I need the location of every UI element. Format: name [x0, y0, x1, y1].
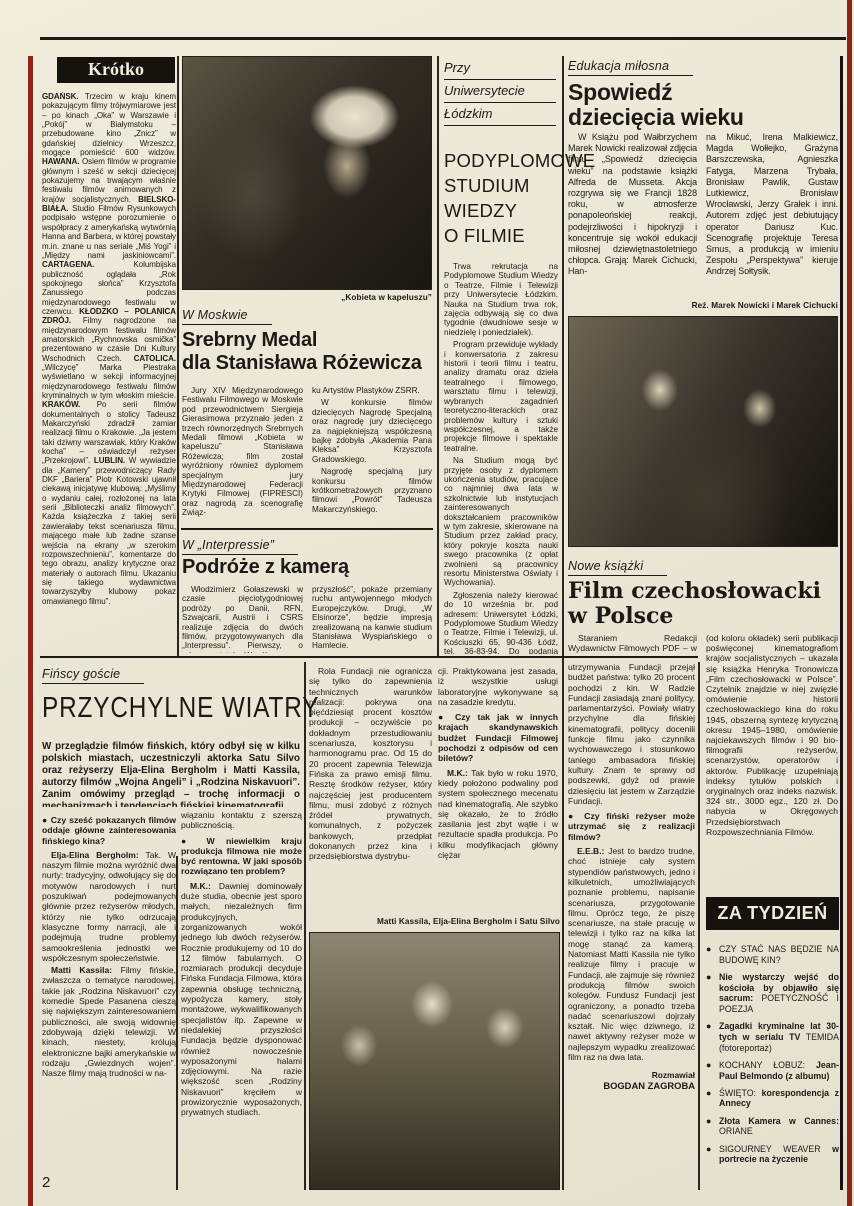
article-column: W Książu pod Wałbrzychem Marek Nowicki r… — [568, 132, 697, 298]
paragraph: Program przewiduje wykłady i konwersator… — [444, 340, 558, 453]
za-tydzien-list: ●CZY STAĆ NAS BĘDZIE NA BUDOWĘ KIN? ●Nie… — [706, 944, 839, 1190]
headline-line: PODYPLOMOWE — [444, 148, 564, 173]
headline-line: WIEDZY — [444, 198, 564, 223]
item-text: ORIANE — [719, 1126, 753, 1136]
headline-line: Srebrny Medal — [182, 329, 434, 352]
column-rule — [698, 662, 700, 1190]
krotko-text: „Wilczycę” Marka Piestraka wyświetlano w… — [42, 363, 176, 400]
headline-spowiedz: Spowiedź dziecięcia wieku — [568, 80, 838, 130]
interview-answer: E.E.B.: Jest to bardzo trudne, choć istn… — [568, 846, 695, 1062]
krotko-city: GDAŃSK. — [42, 92, 79, 101]
paragraph: Trwa rekrutacja na Podyplomowe Studium W… — [444, 262, 558, 337]
kicker-edukacja-milosna: Edukacja miłosna — [568, 59, 693, 76]
list-item: ●Nie wystarczy wejść do kościoła by obja… — [706, 972, 839, 1015]
krotko-header-box: Krótko — [57, 57, 175, 83]
item-text: CZY STAĆ NAS BĘDZIE NA BUDOWĘ KIN? — [719, 944, 839, 965]
headline-film-czechoslowacki: Film czechosłowacki w Polsce — [568, 579, 840, 629]
paragraph: (od koloru okładek) serii publikacji poś… — [706, 633, 838, 837]
kicker-przy-uniwersytecie: Przy Uniwersytecie Łódzkim — [444, 57, 556, 126]
interview-question: ● Czy tak jak w innych krajach skandynaw… — [438, 712, 558, 763]
list-item: ●KOCHANY ŁOBUZ: Jean-Paul Belmondo (z al… — [706, 1060, 839, 1081]
interview-column: cji. Praktykowana jest zasada, iż wszyst… — [438, 666, 558, 884]
paragraph: przyszłość”, pokaże przemiany ruchu anty… — [312, 585, 432, 651]
interview-column: utrzymywania Fundacji przejął budżet pań… — [568, 662, 695, 1162]
headline-line: dziecięcia wieku — [568, 105, 838, 130]
left-red-margin-bar — [28, 56, 33, 1206]
bullet-icon: ● — [706, 1060, 711, 1071]
article-column: ku Artystów Plastyków ZSRR. W konkursie … — [312, 386, 432, 526]
section-rule — [181, 528, 433, 530]
speaker-name: M.K.: — [190, 881, 211, 891]
bullet-icon: ● — [706, 1021, 711, 1032]
answer-text: Tak było w roku 1970, kiedy położono pod… — [438, 768, 558, 860]
krotko-body: GDAŃSK. Trzecim w kraju kinem pokazujący… — [42, 92, 176, 652]
article-column: Jury XIV Międzynarodowego Festiwalu Film… — [182, 386, 303, 526]
bullet-icon: ● — [706, 1144, 711, 1155]
paragraph: Na Studium mogą być przyjęte osoby z dyp… — [444, 456, 558, 588]
article-column: Staraniem Redakcji Wydawnictw Filmowych … — [568, 633, 697, 655]
paragraph: W konkursie filmów dziecięcych Nagrodę S… — [312, 398, 432, 464]
kicker-line: Przy — [444, 57, 556, 80]
interview-question: ● Czy sześć pokazanych filmów oddaje głó… — [42, 815, 176, 846]
krotko-text: Trzecim w kraju kinem pokazującym filmy … — [42, 92, 176, 157]
paragraph: W Książu pod Wałbrzychem Marek Nowicki r… — [568, 132, 697, 278]
list-item: ●Złota Kamera w Cannes: ORIANE — [706, 1116, 839, 1137]
headline-line: Spowiedź — [568, 80, 838, 105]
interview-answer: M.K.: Dawniej dominowały duże studia, ob… — [181, 881, 302, 1118]
article-column: Trwa rekrutacja na Podyplomowe Studium W… — [444, 262, 558, 654]
column-rule — [177, 56, 179, 656]
item-text: SIGOURNEY WEAVER — [719, 1144, 832, 1154]
photo-nowicki-cichucki — [568, 316, 838, 547]
bullet-icon: ● — [706, 1088, 711, 1099]
speaker-name: M.K.: — [447, 768, 468, 778]
right-black-rule — [840, 56, 843, 1190]
speaker-name: E.E.B.: — [577, 846, 604, 856]
interview-answer: Matti Kassila: Filmy fińskie, zwłaszcza … — [42, 965, 176, 1078]
article-column: Włodzimierz Gołaszewski w czasie pięciot… — [182, 585, 303, 653]
za-tydzien-title: ZA TYDZIEŃ — [717, 903, 827, 923]
krotko-city: KRAKÓW. — [42, 400, 80, 409]
article-column: na Mikuć, Irena Malkiewicz, Magda Wołłej… — [706, 132, 838, 298]
krotko-city: HAWANA. — [42, 157, 79, 166]
right-red-margin-bar — [847, 0, 852, 1206]
krotko-city: LUBLIN. — [94, 456, 125, 465]
speaker-name: Matti Kassila: — [51, 965, 112, 975]
kicker-w-moskwie: W Moskwie — [182, 308, 272, 325]
photo-kassila-bergholm-silvo — [309, 932, 560, 1190]
kicker-finscy-goscie: Fińscy goście — [42, 667, 144, 684]
list-item: ●Zagadki kryminalne lat 30-tych w serial… — [706, 1021, 839, 1053]
za-tydzien-header-box: ZA TYDZIEŃ — [706, 897, 839, 930]
headline-przychylne-wiatry: PRZYCHYLNE WIATRY — [42, 692, 319, 725]
paragraph: Zgłoszenia należy kierować do 10 wrześni… — [444, 591, 558, 654]
kicker-nowe-ksiazki: Nowe książki — [568, 559, 667, 576]
item-text: ŚWIĘTO: — [719, 1088, 762, 1098]
page-number: 2 — [42, 1174, 50, 1191]
krotko-text: W wywiadzie dla „Kamery” przewodniczący … — [42, 456, 176, 605]
speaker-name: Elja-Elina Bergholm: — [51, 850, 139, 860]
paragraph: utrzymywania Fundacji przejął budżet pań… — [568, 662, 695, 806]
headline-srebrny-medal: Srebrny Medal dla Stanisława Różewicza — [182, 329, 434, 375]
top-rule — [40, 37, 846, 40]
headline-line: w Polsce — [568, 604, 840, 629]
paragraph: Jury XIV Międzynarodowego Festiwalu Film… — [182, 386, 303, 518]
newspaper-page: Krótko GDAŃSK. Trzecim w kraju kinem pok… — [0, 0, 854, 1206]
answer-text: Tak. W naszym filmie można wyróżnić dwa … — [42, 850, 176, 963]
headline-podroze-z-kamera: Podróże z kamerą — [182, 556, 434, 579]
headline-line: O FILMIE — [444, 223, 564, 248]
paragraph: na Mikuć, Irena Malkiewicz, Magda Wołłej… — [706, 132, 838, 278]
headline-podyplomowe-studium: PODYPLOMOWE STUDIUM WIEDZY O FILMIE — [444, 148, 564, 248]
article-column: (od koloru okładek) serii publikacji poś… — [706, 633, 838, 887]
interview-column: Rola Fundacji nie ogranicza się tylko do… — [309, 666, 432, 884]
section-rule — [40, 656, 698, 658]
headline-line: STUDIUM — [444, 173, 564, 198]
interview-byline-name: BOGDAN ZAGROBA — [568, 1081, 695, 1091]
answer-text: Dawniej dominowały duże studia, obecnie … — [181, 881, 302, 1118]
interview-question: ● Czy fiński reżyser może utrzymać się z… — [568, 811, 695, 842]
paragraph: Nagrodę specjalną jury konkursu filmów k… — [312, 467, 432, 514]
column-rule — [176, 856, 178, 1190]
answer-text: Filmy fińskie, zwłaszcza o tematyce naro… — [42, 965, 176, 1078]
item-text-bold: Złota Kamera w Cannes: — [719, 1116, 839, 1126]
paragraph: Włodzimierz Gołaszewski w czasie pięciot… — [182, 585, 303, 653]
interview-column: ● Czy sześć pokazanych filmów oddaje głó… — [42, 810, 176, 1190]
interview-answer: M.K.: Tak było w roku 1970, kiedy położo… — [438, 768, 558, 861]
column-rule — [304, 662, 306, 1190]
bullet-icon: ● — [706, 1116, 711, 1127]
interview-question: ● W niewielkim kraju produkcja filmowa n… — [181, 836, 302, 877]
interview-column: wiązaniu kontaktu z szerszą publiczności… — [181, 810, 302, 1190]
krotko-city: CATOLICA. — [134, 354, 176, 363]
column-rule — [437, 56, 439, 656]
krotko-title: Krótko — [88, 59, 144, 79]
kicker-line: Łódzkim — [444, 103, 556, 126]
item-text: KOCHANY ŁOBUZ: — [719, 1060, 816, 1070]
article-column: przyszłość”, pokaże przemiany ruchu anty… — [312, 585, 432, 653]
bullet-icon: ● — [706, 972, 711, 983]
kicker-line: Uniwersytecie — [444, 80, 556, 103]
photo-caption: Reż. Marek Nowicki i Marek Cichucki — [568, 301, 838, 310]
paragraph: ku Artystów Plastyków ZSRR. — [312, 386, 432, 395]
list-item: ●CZY STAĆ NAS BĘDZIE NA BUDOWĘ KIN? — [706, 944, 839, 965]
krotko-city: CARTAGENA. — [42, 260, 94, 269]
paragraph: Rola Fundacji nie ogranicza się tylko do… — [309, 666, 432, 862]
headline-line: dla Stanisława Różewicza — [182, 352, 434, 375]
list-item: ●ŚWIĘTO: korespondencja z Annecy — [706, 1088, 839, 1109]
paragraph: cji. Praktykowana jest zasada, iż wszyst… — [438, 666, 558, 707]
photo-kobieta-w-kapeluszu — [182, 56, 432, 290]
interview-intro: W przeglądzie filmów fińskich, który odb… — [42, 741, 300, 807]
paragraph: wiązaniu kontaktu z szerszą publiczności… — [181, 810, 302, 831]
answer-text: Jest to bardzo trudne, choć istnieje cał… — [568, 846, 695, 1062]
list-item: ●SIGOURNEY WEAVER w portrecie na życzeni… — [706, 1144, 839, 1165]
kicker-interpressie: W „Interpressie” — [182, 538, 298, 555]
bullet-icon: ● — [706, 944, 711, 955]
headline-line: Film czechosłowacki — [568, 579, 840, 604]
photo-caption: Matti Kassila, Elja-Elina Bergholm i Sat… — [309, 917, 560, 926]
paragraph: Staraniem Redakcji Wydawnictw Filmowych … — [568, 633, 697, 655]
interview-answer: Elja-Elina Bergholm: Tak. W naszym filmi… — [42, 850, 176, 963]
photo-caption: „Kobieta w kapeluszu” — [182, 293, 432, 302]
